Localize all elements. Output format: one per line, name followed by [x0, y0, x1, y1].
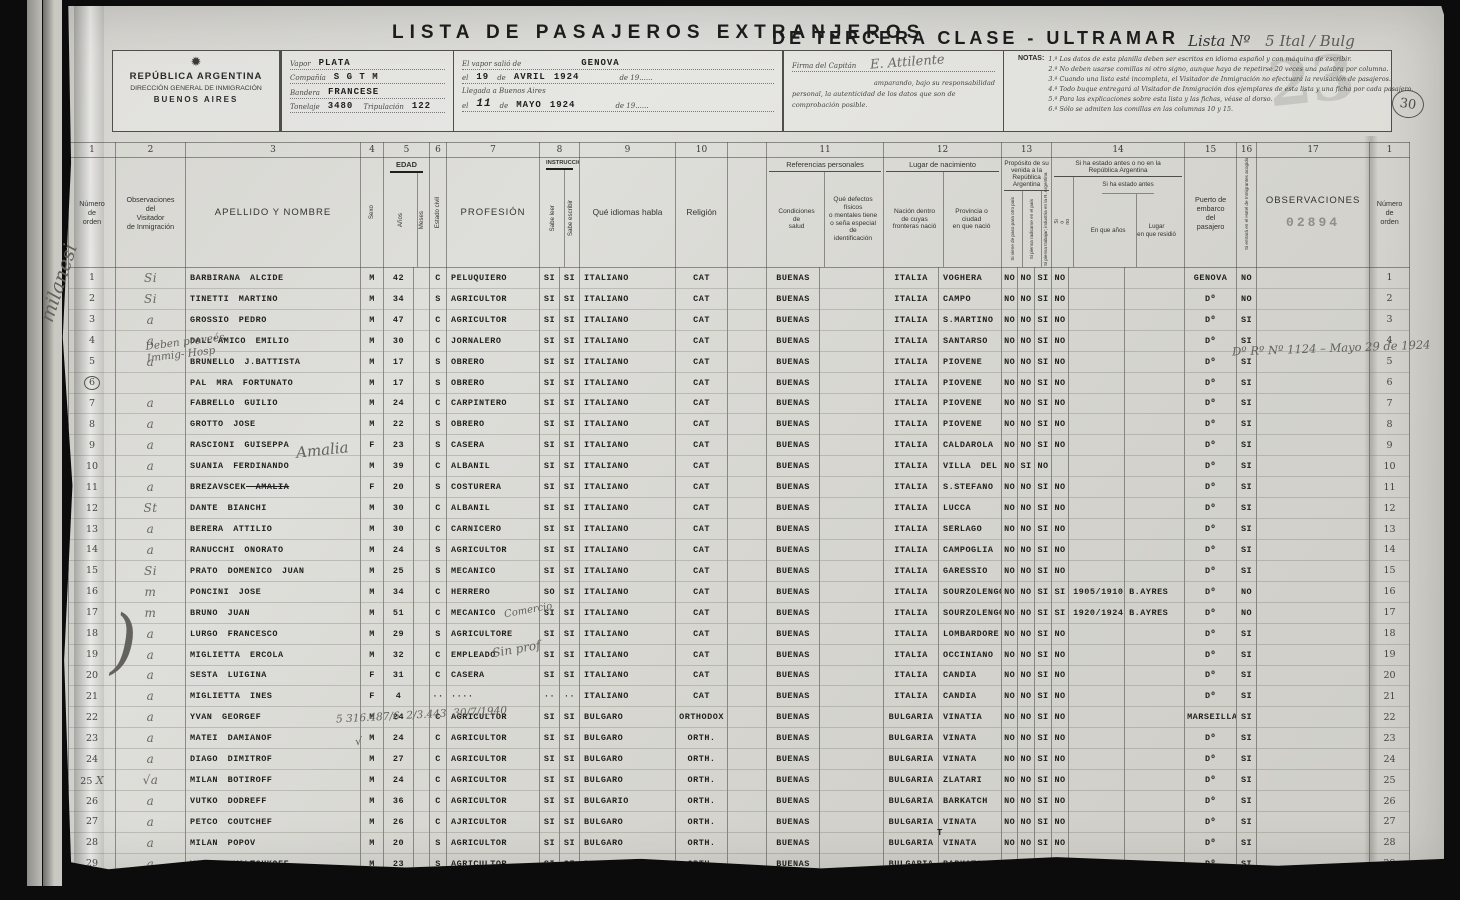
column-header-row: Número de orden Observaciones del Visita…: [69, 158, 1410, 268]
cell-nation: BULGARIA: [884, 874, 939, 895]
cell-visitor-mark: a: [116, 686, 186, 707]
cell-observations: [1257, 268, 1370, 289]
cell-years-before: [1069, 853, 1125, 874]
cell-years-before: [1069, 477, 1125, 498]
cell-civil-status: C: [430, 728, 447, 749]
cell-age-months: [414, 602, 430, 623]
cell-can-read: SI: [540, 560, 560, 581]
cell-purpose-3: SI: [1035, 268, 1052, 289]
cell-profession: MECANICO: [447, 560, 540, 581]
cell-hotel: SI: [1237, 874, 1257, 895]
cell-hotel: SI: [1237, 309, 1257, 330]
cell-observations: [1257, 832, 1370, 853]
cell-can-write: SI: [560, 665, 580, 686]
cell-order-number-right: 12: [1370, 498, 1410, 519]
cell-civil-status: S: [430, 539, 447, 560]
cell-age-years: 31: [384, 665, 414, 686]
cell-purpose-2: NO: [1018, 749, 1035, 770]
cell-language: BULGARO: [580, 874, 676, 895]
cell-purpose-3: SI: [1035, 728, 1052, 749]
tonelaje-label: Tonelaje: [290, 103, 320, 111]
cell-province: VINATA: [939, 811, 1002, 832]
cell-port: Dº: [1185, 853, 1237, 874]
cell-nation: ITALIA: [884, 602, 939, 623]
cell-religion: CAT: [676, 498, 728, 519]
cell-hotel: SI: [1237, 686, 1257, 707]
cell-hotel: SI: [1237, 435, 1257, 456]
cell-profession: COSTURERA: [447, 477, 540, 498]
cell-hotel: SI: [1237, 811, 1257, 832]
cell-observations: [1257, 770, 1370, 791]
cell-province: VILLA DEL CONTENO: [939, 456, 1002, 477]
cell-purpose-3: SI: [1035, 498, 1052, 519]
cell-age-months: [414, 581, 430, 602]
cell-order-number: 10: [69, 456, 116, 477]
cell-name: SESTA LUIGINA: [186, 665, 361, 686]
cell-observations: [1257, 477, 1370, 498]
cell-observations: [1257, 456, 1370, 477]
cell-health: BUENAS: [767, 581, 820, 602]
cell-province: CALDAROLA: [939, 435, 1002, 456]
cell-can-write: SI: [560, 477, 580, 498]
cell-nation: BULGARIA: [884, 811, 939, 832]
cell-province: SOURZOLENGO: [939, 581, 1002, 602]
cell-visitor-mark: a: [116, 853, 186, 874]
cell-nation: BULGARIA: [884, 728, 939, 749]
cell-spare: [728, 644, 767, 665]
cell-age-months: [414, 288, 430, 309]
cell-purpose-3: SI: [1035, 791, 1052, 812]
cell-can-read: SI: [540, 309, 560, 330]
notes-title: NOTAS:: [1018, 55, 1044, 115]
handwritten-annotation: T: [937, 828, 942, 838]
cell-province: VINATA: [939, 832, 1002, 853]
cell-civil-status: S: [430, 414, 447, 435]
de19-label: de 19......: [619, 74, 652, 82]
cell-purpose-1: NO: [1002, 686, 1018, 707]
cell-can-write: SI: [560, 623, 580, 644]
cell-name: LURGO FRANCESCO: [186, 623, 361, 644]
cell-health: BUENAS: [767, 644, 820, 665]
cell-defects: [820, 309, 884, 330]
cell-order-number: 30: [69, 874, 116, 895]
cell-purpose-1: NO: [1002, 477, 1018, 498]
header-instruccion-group: INSTRUCCIÓN Sabe leerSabe escribir: [540, 158, 580, 268]
cell-hotel: SI: [1237, 791, 1257, 812]
cell-been-before: NO: [1052, 623, 1069, 644]
cell-place-resided: [1125, 393, 1185, 414]
cell-can-read: SI: [540, 456, 560, 477]
header-profesion: PROFESIÓN: [447, 158, 540, 268]
cell-age-years: 34: [384, 581, 414, 602]
cell-religion: CAT: [676, 560, 728, 581]
cell-nation: ITALIA: [884, 435, 939, 456]
cell-place-resided: [1125, 435, 1185, 456]
table-row: 13aBERERA ATTILIOM30CCARNICEROSISIITALIA…: [69, 519, 1410, 540]
compania-value: S G T M: [334, 72, 379, 82]
cell-port: Dº: [1185, 832, 1237, 853]
cell-health: BUENAS: [767, 414, 820, 435]
cell-sex: F: [361, 686, 384, 707]
cell-hotel: SI: [1237, 456, 1257, 477]
cell-health: BUENAS: [767, 268, 820, 289]
cell-order-number: 8: [69, 414, 116, 435]
cell-purpose-3: SI: [1035, 811, 1052, 832]
cell-port: Dº: [1185, 770, 1237, 791]
cell-port: Dº: [1185, 498, 1237, 519]
cell-age-months: [414, 268, 430, 289]
cell-purpose-3: SI: [1035, 874, 1052, 895]
cell-health: BUENAS: [767, 832, 820, 853]
cell-purpose-2: NO: [1018, 372, 1035, 393]
tripulacion-label: Tripulación: [363, 103, 404, 111]
cell-spare: [728, 351, 767, 372]
cell-place-resided: [1125, 414, 1185, 435]
cell-order-number: 4: [69, 330, 116, 351]
cell-purpose-1: NO: [1002, 268, 1018, 289]
cell-nation: ITALIA: [884, 268, 939, 289]
cell-purpose-2: NO: [1018, 770, 1035, 791]
cell-name: BARBIRANA ALCIDE: [186, 268, 361, 289]
cell-years-before: [1069, 832, 1125, 853]
org-box: ✹ REPÚBLICA ARGENTINA DIRECCIÓN GENERAL …: [113, 51, 281, 131]
cell-nation: ITALIA: [884, 309, 939, 330]
cell-place-resided: [1125, 665, 1185, 686]
cell-health: BUENAS: [767, 498, 820, 519]
cell-sex: M: [361, 268, 384, 289]
cell-order-number-right: 21: [1370, 686, 1410, 707]
cell-civil-status: C: [430, 309, 447, 330]
cell-purpose-2: NO: [1018, 309, 1035, 330]
cell-profession: AGRICULTOR: [447, 791, 540, 812]
cell-been-before: NO: [1052, 288, 1069, 309]
cell-order-number: 23: [69, 728, 116, 749]
cell-purpose-1: NO: [1002, 393, 1018, 414]
cell-hotel: SI: [1237, 393, 1257, 414]
cell-been-before: NO: [1052, 519, 1069, 540]
cell-hotel: SI: [1237, 414, 1257, 435]
cell-sex: M: [361, 309, 384, 330]
cell-health: BUENAS: [767, 853, 820, 874]
cell-profession: AGRICULTOR: [447, 853, 540, 874]
cell-health: BUENAS: [767, 874, 820, 895]
cell-purpose-3: SI: [1035, 686, 1052, 707]
column-number: 10: [676, 143, 728, 158]
cell-purpose-3: SI: [1035, 519, 1052, 540]
cell-order-number-right: 10: [1370, 456, 1410, 477]
cell-order-number-right: 30: [1370, 874, 1410, 895]
cell-can-read: SI: [540, 519, 560, 540]
cell-province: LUCCA: [939, 498, 1002, 519]
cell-health: BUENAS: [767, 728, 820, 749]
cell-observations: [1257, 498, 1370, 519]
cell-visitor-mark: Si: [116, 560, 186, 581]
table-row: 11aBREZAVSCEK AMALIAF20SCOSTURERASISIITA…: [69, 477, 1410, 498]
cell-spare: [728, 519, 767, 540]
cell-hotel: SI: [1237, 749, 1257, 770]
cell-been-before: NO: [1052, 539, 1069, 560]
el-label: el: [462, 74, 468, 82]
column-number: 5: [384, 143, 430, 158]
cell-place-resided: [1125, 832, 1185, 853]
cell-port: Dº: [1185, 309, 1237, 330]
cell-purpose-2: NO: [1018, 539, 1035, 560]
cell-sex: M: [361, 351, 384, 372]
cell-sex: M: [361, 832, 384, 853]
column-number: 14: [1052, 143, 1185, 158]
salio-value: GENOVA: [581, 58, 619, 68]
cell-been-before: NO: [1052, 749, 1069, 770]
cell-age-years: 17: [384, 372, 414, 393]
cell-purpose-1: NO: [1002, 623, 1018, 644]
cell-purpose-2: NO: [1018, 393, 1035, 414]
cell-profession: PELUQUIERO: [447, 268, 540, 289]
cell-years-before: [1069, 372, 1125, 393]
cell-purpose-1: NO: [1002, 539, 1018, 560]
cell-province: VINATA: [939, 728, 1002, 749]
cell-can-write: SI: [560, 853, 580, 874]
cell-civil-status: S: [430, 560, 447, 581]
cell-age-years: 18: [384, 874, 414, 895]
cell-province: ZLATARI: [939, 770, 1002, 791]
cell-can-read: SO: [540, 581, 560, 602]
table-row: 12StDANTE BIANCHIM30CALBANILSISIITALIANO…: [69, 498, 1410, 519]
cell-port: Dº: [1185, 749, 1237, 770]
org-city: BUENOS AIRES: [121, 95, 271, 104]
cell-sex: M: [361, 602, 384, 623]
cell-visitor-mark: Si: [116, 288, 186, 309]
cell-health: BUENAS: [767, 330, 820, 351]
cell-age-months: [414, 477, 430, 498]
cell-been-before: NO: [1052, 268, 1069, 289]
cell-purpose-2: NO: [1018, 477, 1035, 498]
cell-name: GROTTO JOSE: [186, 414, 361, 435]
cell-place-resided: [1125, 477, 1185, 498]
cell-order-number-right: 20: [1370, 665, 1410, 686]
cell-place-resided: B.AYRES: [1125, 581, 1185, 602]
llegada-ano: 1924: [550, 100, 576, 110]
cell-order-number-right: 3: [1370, 309, 1410, 330]
cell-years-before: [1069, 686, 1125, 707]
cell-purpose-3: SI: [1035, 707, 1052, 728]
cell-purpose-3: SI: [1035, 477, 1052, 498]
cell-been-before: NO: [1052, 665, 1069, 686]
cell-spare: [728, 414, 767, 435]
cell-order-number: 22: [69, 707, 116, 728]
cell-name: PETCO COUTCHEF: [186, 811, 361, 832]
table-row: 6PAL MRA FORTUNATOM17SOBREROSISIITALIANO…: [69, 372, 1410, 393]
cell-purpose-2: NO: [1018, 623, 1035, 644]
cell-can-read: SI: [540, 770, 560, 791]
cell-visitor-mark: a: [116, 749, 186, 770]
cell-nation: ITALIA: [884, 456, 939, 477]
cell-place-resided: [1125, 519, 1185, 540]
cell-port: Dº: [1185, 811, 1237, 832]
cell-hotel: SI: [1237, 372, 1257, 393]
cell-province: CANDIA: [939, 686, 1002, 707]
cell-nation: ITALIA: [884, 477, 939, 498]
cell-profession: AGRICULTOR: [447, 770, 540, 791]
cell-age-years: 42: [384, 268, 414, 289]
cell-profession: AGRICULTOR: [447, 832, 540, 853]
cell-province: BARKATCH: [939, 791, 1002, 812]
cell-defects: [820, 456, 884, 477]
cell-purpose-3: SI: [1035, 602, 1052, 623]
cell-profession: ····: [447, 686, 540, 707]
cell-age-months: [414, 874, 430, 895]
cell-order-number: 1: [69, 268, 116, 289]
cell-purpose-2: NO: [1018, 686, 1035, 707]
cell-port: Dº: [1185, 791, 1237, 812]
cell-province: SERLAGO: [939, 519, 1002, 540]
cell-years-before: [1069, 874, 1125, 895]
cell-religion: ORTH.: [676, 874, 728, 895]
cell-purpose-3: SI: [1035, 644, 1052, 665]
de-label: de: [500, 102, 509, 110]
cell-been-before: NO: [1052, 770, 1069, 791]
cell-years-before: 1905/1910: [1069, 581, 1125, 602]
cell-province: LOMBARDORE: [939, 623, 1002, 644]
cell-observations: [1257, 372, 1370, 393]
cell-defects: [820, 749, 884, 770]
cell-spare: [728, 539, 767, 560]
cell-defects: [820, 623, 884, 644]
cell-order-number: 29: [69, 853, 116, 874]
scanned-passenger-list-photo: LISTA DE PASAJEROS EXTRANJEROS DE TERCER…: [0, 0, 1460, 900]
cell-hotel: SI: [1237, 665, 1257, 686]
compania-label: Compañía: [290, 74, 326, 82]
cell-age-years: 51: [384, 602, 414, 623]
cell-observations: [1257, 853, 1370, 874]
cell-nation: ITALIA: [884, 519, 939, 540]
column-number: 1: [69, 143, 116, 158]
cell-language: ITALIANO: [580, 539, 676, 560]
cell-order-number: 15: [69, 560, 116, 581]
cell-sex: F: [361, 477, 384, 498]
cell-observations: [1257, 288, 1370, 309]
cell-defects: [820, 581, 884, 602]
header-spare-column: [728, 158, 767, 268]
cell-order-number-right: 18: [1370, 623, 1410, 644]
cell-civil-status: S: [430, 435, 447, 456]
cell-purpose-2: NO: [1018, 498, 1035, 519]
cell-health: BUENAS: [767, 519, 820, 540]
cell-age-months: [414, 644, 430, 665]
cell-nation: ITALIA: [884, 623, 939, 644]
cell-can-write: SI: [560, 832, 580, 853]
cell-age-months: [414, 456, 430, 477]
cell-name: DANTE BIANCHI: [186, 498, 361, 519]
cell-purpose-3: SI: [1035, 393, 1052, 414]
cell-religion: ORTH.: [676, 728, 728, 749]
lista-number-label: Lista Nº: [1188, 32, 1250, 50]
cell-been-before: NO: [1052, 372, 1069, 393]
table-row: 7aFABRELLO GUILIOM24CCARPINTEROSISIITALI…: [69, 393, 1410, 414]
cell-health: BUENAS: [767, 435, 820, 456]
cell-age-years: 23: [384, 853, 414, 874]
cell-religion: CAT: [676, 309, 728, 330]
cell-hotel: SI: [1237, 560, 1257, 581]
cell-observations: [1257, 874, 1370, 895]
cell-place-resided: [1125, 288, 1185, 309]
cell-age-months: [414, 393, 430, 414]
cell-can-write: SI: [560, 414, 580, 435]
table-row: 23aMATEI DAMIANOFM24CAGRICULTORSISIBULGA…: [69, 728, 1410, 749]
cell-name: TINETTI MARTINO: [186, 288, 361, 309]
cell-been-before: NO: [1052, 791, 1069, 812]
cell-order-number: 28: [69, 832, 116, 853]
cell-name: PRATO DOMENICO JUAN: [186, 560, 361, 581]
cell-religion: CAT: [676, 519, 728, 540]
cell-purpose-1: NO: [1002, 728, 1018, 749]
cell-place-resided: [1125, 853, 1185, 874]
cell-religion: CAT: [676, 393, 728, 414]
cell-defects: [820, 791, 884, 812]
cell-can-write: SI: [560, 707, 580, 728]
cell-order-number-right: 9: [1370, 435, 1410, 456]
cell-port: Dº: [1185, 539, 1237, 560]
cell-language: ITALIANO: [580, 477, 676, 498]
cell-civil-status: C: [430, 791, 447, 812]
table-row: 16mPONCINI JOSEM34CHERREROSOSIITALIANOCA…: [69, 581, 1410, 602]
cell-can-read: SI: [540, 832, 560, 853]
column-number: 17: [1257, 143, 1370, 158]
cell-health: BUENAS: [767, 749, 820, 770]
cell-age-years: 22: [384, 414, 414, 435]
cell-can-read: SI: [540, 539, 560, 560]
cell-years-before: [1069, 811, 1125, 832]
cell-can-write: SI: [560, 602, 580, 623]
cell-profession: AGRICULTOR: [447, 874, 540, 895]
cell-port: Dº: [1185, 560, 1237, 581]
cell-sex: M: [361, 288, 384, 309]
cell-nation: BULGARIA: [884, 853, 939, 874]
vapor-value: PLATA: [319, 58, 351, 68]
document-paper: LISTA DE PASAJEROS EXTRANJEROS DE TERCER…: [60, 6, 1444, 878]
cell-age-years: 25: [384, 560, 414, 581]
cell-profession: CARNICERO: [447, 519, 540, 540]
cell-defects: [820, 288, 884, 309]
cell-purpose-2: NO: [1018, 811, 1035, 832]
header-sexo: Sexo: [361, 158, 384, 268]
cell-place-resided: [1125, 330, 1185, 351]
cell-language: BULGARO: [580, 707, 676, 728]
note-item: 3.ª Cuando una lista esté incompleta, el…: [1048, 75, 1413, 85]
cell-spare: [728, 853, 767, 874]
cell-age-months: [414, 435, 430, 456]
cell-port: Dº: [1185, 456, 1237, 477]
header-apellido-nombre: APELLIDO Y NOMBRE: [186, 158, 361, 268]
cell-age-months: [414, 749, 430, 770]
header-numero-orden-right: Número de orden: [1370, 158, 1410, 268]
cell-order-number: 14: [69, 539, 116, 560]
cell-name: BERERA ATTILIO: [186, 519, 361, 540]
table-row: 1SiBARBIRANA ALCIDEM42CPELUQUIEROSISIITA…: [69, 268, 1410, 289]
cell-can-read: SI: [540, 435, 560, 456]
cell-religion: ORTHODOX: [676, 707, 728, 728]
cell-profession: ALBANIL: [447, 498, 540, 519]
cell-order-number: 3: [69, 309, 116, 330]
header-referencias-group: Referencias personales Condiciones de sa…: [767, 158, 884, 268]
cell-religion: CAT: [676, 686, 728, 707]
cell-age-months: [414, 728, 430, 749]
cell-order-number: 2: [69, 288, 116, 309]
cell-religion: CAT: [676, 414, 728, 435]
cell-purpose-1: NO: [1002, 351, 1018, 372]
cell-visitor-mark: √a: [116, 770, 186, 791]
cell-religion: CAT: [676, 351, 728, 372]
column-number: 6: [430, 143, 447, 158]
